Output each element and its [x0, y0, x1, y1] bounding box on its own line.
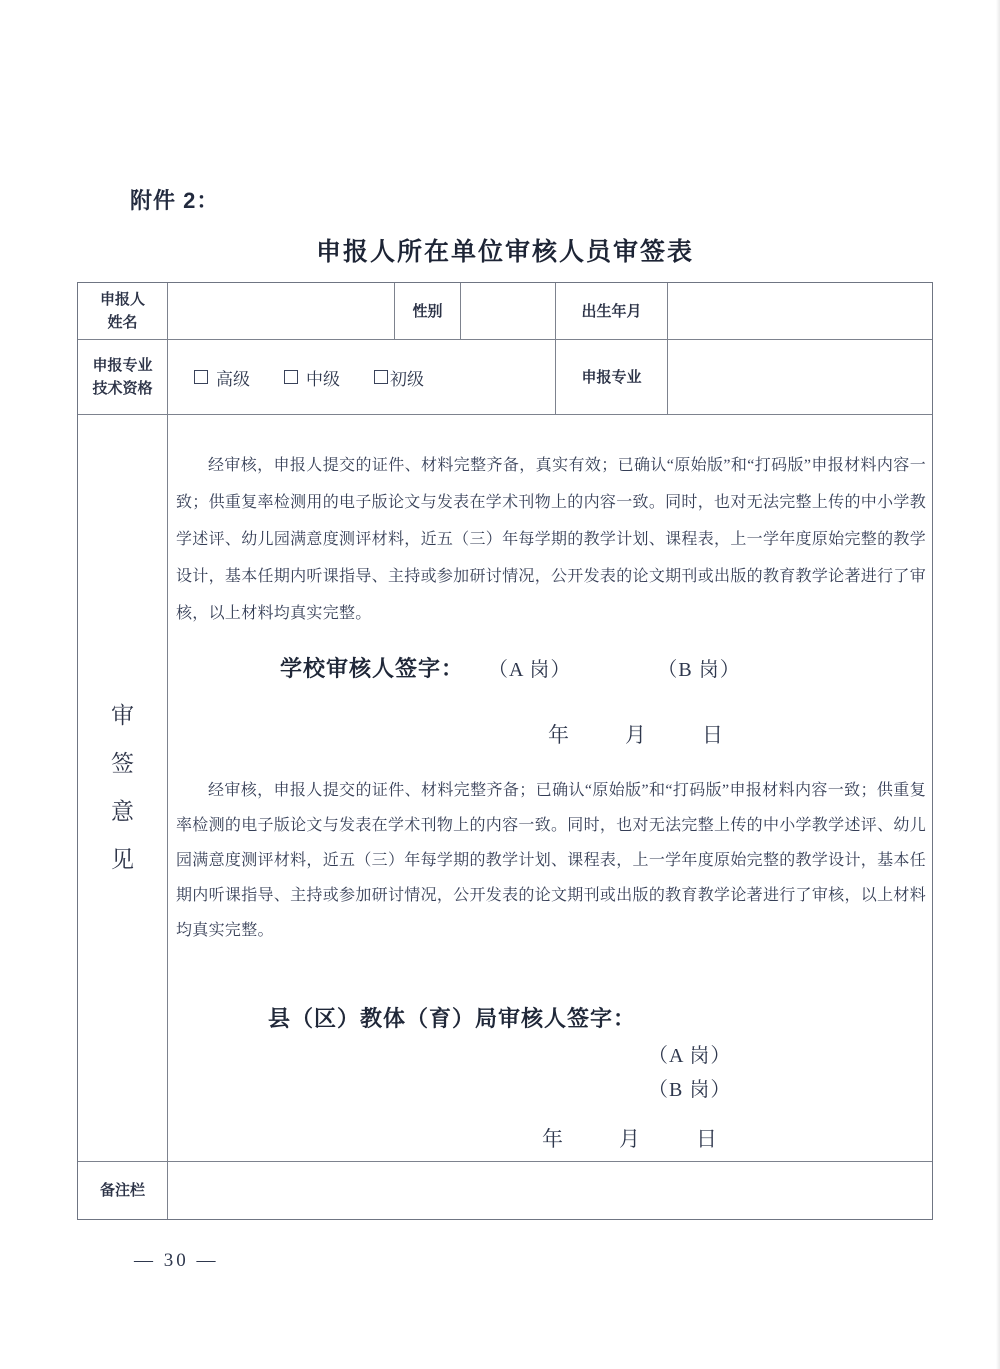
checkbox-intermediate[interactable]: 中级: [284, 365, 340, 390]
applicant-name-field[interactable]: [167, 283, 394, 339]
county-sign-label: 县（区）教体（育）局审核人签字：: [268, 1002, 636, 1033]
month-label[interactable]: 月: [625, 719, 646, 749]
gender-field[interactable]: [460, 283, 555, 339]
table-row-qualification: 申报专业 技术资格 高级 中级 初级: [78, 339, 932, 414]
checkbox-icon[interactable]: [374, 370, 388, 384]
school-review-paragraph: 经审核，申报人提交的证件、材料完整齐备，真实有效；已确认“原始版”和“打码版”申…: [176, 447, 926, 632]
county-date-line: 年 月 日: [542, 1123, 926, 1153]
county-post-a-signature[interactable]: （A 岗）: [648, 1039, 926, 1073]
checkbox-junior[interactable]: 初级: [374, 365, 424, 390]
school-post-b-signature[interactable]: （B 岗）: [657, 653, 740, 682]
school-signature-line: 学校审核人签字： （A 岗） （B 岗）: [280, 652, 926, 683]
table-row-opinion: 审 签 意 见 经审核，申报人提交的证件、材料完整齐备，真实有效；已确认“原始版…: [78, 414, 932, 1161]
checkbox-senior-label: 高级: [216, 365, 250, 390]
checkbox-group: 高级 中级 初级: [168, 340, 555, 414]
day-label[interactable]: 日: [696, 1123, 717, 1153]
remarks-field[interactable]: [167, 1162, 932, 1219]
form-document: 申报人所在单位审核人员审签表 申报人 姓名 性别 出生年月 申报专业 技术资格: [77, 232, 933, 1220]
checkbox-senior[interactable]: 高级: [194, 365, 250, 390]
qualification-label: 申报专业 技术资格: [78, 340, 167, 414]
major-field[interactable]: [667, 340, 932, 414]
gender-label: 性别: [394, 283, 460, 339]
year-label[interactable]: 年: [548, 719, 569, 749]
school-sign-label: 学校审核人签字：: [280, 652, 464, 683]
birth-date-field[interactable]: [667, 283, 932, 339]
applicant-name-label: 申报人 姓名: [78, 283, 167, 339]
qualification-options-cell: 高级 中级 初级: [167, 340, 555, 414]
month-label[interactable]: 月: [619, 1123, 640, 1153]
checkbox-intermediate-label: 中级: [306, 365, 340, 390]
checkbox-icon[interactable]: [194, 370, 208, 384]
review-form-table: 申报人 姓名 性别 出生年月 申报专业 技术资格 高级: [77, 282, 933, 1220]
county-post-signatures: （A 岗） （B 岗）: [648, 1039, 926, 1107]
opinion-content-cell: 经审核，申报人提交的证件、材料完整齐备，真实有效；已确认“原始版”和“打码版”申…: [167, 415, 932, 1161]
checkbox-icon[interactable]: [284, 370, 298, 384]
major-label: 申报专业: [555, 340, 667, 414]
scanned-form-page: 附件 2： 申报人所在单位审核人员审签表 申报人 姓名 性别 出生年月 申报专业…: [0, 0, 1000, 1369]
remarks-label: 备注栏: [78, 1162, 167, 1219]
opinion-label: 审 签 意 见: [78, 415, 167, 1161]
day-label[interactable]: 日: [702, 719, 723, 749]
county-signature-line: 县（区）教体（育）局审核人签字：: [268, 1002, 926, 1033]
page-number: — 30 —: [134, 1250, 219, 1272]
table-row-applicant: 申报人 姓名 性别 出生年月: [78, 283, 932, 339]
table-row-remarks: 备注栏: [78, 1161, 932, 1219]
school-post-a-signature[interactable]: （A 岗）: [488, 653, 571, 682]
checkbox-junior-label: 初级: [390, 365, 424, 390]
county-post-b-signature[interactable]: （B 岗）: [648, 1073, 926, 1107]
attachment-label: 附件 2：: [130, 184, 219, 215]
birth-date-label: 出生年月: [555, 283, 667, 339]
school-date-line: 年 月 日: [548, 719, 926, 749]
form-title: 申报人所在单位审核人员审签表: [77, 232, 933, 268]
year-label[interactable]: 年: [542, 1123, 563, 1153]
county-review-paragraph: 经审核，申报人提交的证件、材料完整齐备；已确认“原始版”和“打码版”申报材料内容…: [176, 773, 926, 948]
